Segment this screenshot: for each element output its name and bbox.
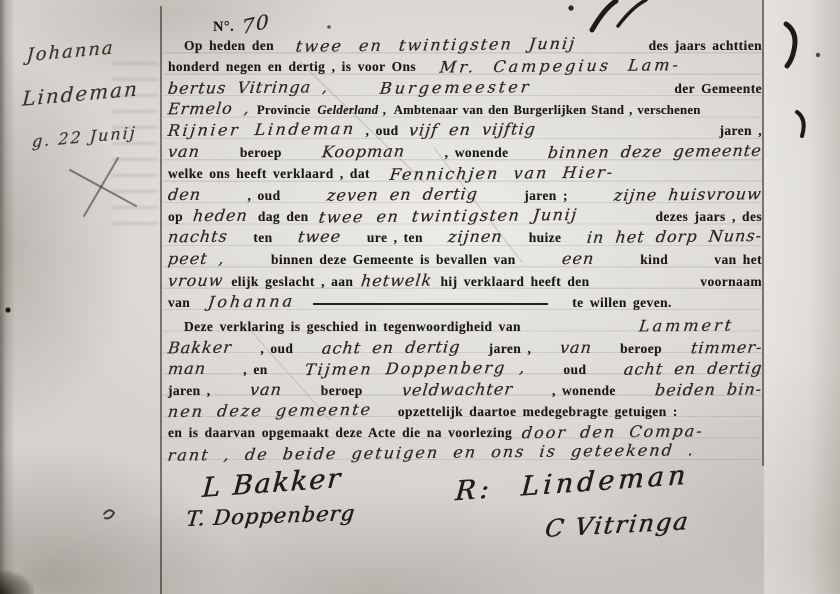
printed-text: , oud [366, 123, 399, 139]
official-name-handwritten: Mr. Campegius Lam- [439, 54, 763, 76]
declarant-name-handwritten: Rijnier Lindeman [167, 119, 357, 140]
printed-text: op [168, 209, 183, 225]
printed-text: elijk geslacht , aan [231, 274, 353, 290]
birth-date-handwritten: twee en twintigsten Junij [317, 204, 646, 226]
witness1-age-handwritten: acht en dertig [321, 337, 462, 357]
printed-text: van het [714, 252, 762, 268]
signature-official: C Vitringa [543, 507, 691, 543]
printed-text: beroep [321, 383, 363, 399]
printed-text: dezes jaars , des [655, 209, 762, 225]
printed-text: ten [253, 230, 272, 246]
birth-record-scan: Johanna Lindeman g. 22 Junij N°. 70 Op h… [0, 0, 840, 594]
printed-text: Op heden den [184, 38, 274, 54]
handwritten-text: van [249, 380, 283, 399]
witness1-name-handwritten: Bakker [167, 338, 233, 358]
printed-text: hij verklaard heeft den [441, 274, 590, 290]
printed-text: beroep [620, 341, 662, 357]
ink-blotch-corner [0, 570, 34, 594]
handwritten-text: een [561, 249, 595, 268]
form-line: man , en Tijmen Doppenberg , oud acht en… [168, 359, 762, 378]
printed-text: , oud [260, 341, 293, 357]
witness1-occupation-handwritten: timmer- [689, 338, 763, 358]
official-name-handwritten: bertus Vitringa , [167, 77, 330, 98]
form-line: honderd negen en dertig , is voor Ons Mr… [168, 56, 762, 75]
margin-child-surname: Lindeman [22, 75, 153, 111]
printed-text: der Gemeente [674, 81, 762, 97]
page-right-margin [764, 0, 840, 594]
form-line: welke ons heeft verklaard , dat Fennichj… [168, 163, 762, 182]
form-line: Deze verklaring is geschied in tegenwoor… [168, 316, 762, 335]
ink-stroke-top-right [618, 0, 646, 26]
act-date-handwritten: twee en twintigsten Junij [295, 33, 640, 56]
printed-text: , oud [247, 188, 280, 204]
witness2-occupation-handwritten: veldwachter [401, 379, 514, 399]
printed-text: oud [563, 362, 586, 378]
witnesses-residence-handwritten: nen deze gemeente [167, 400, 373, 421]
act-number-row: N°. 70 [213, 12, 270, 36]
printed-text: binnen deze Gemeente is bevallen van [271, 252, 516, 268]
signature-declarant: R: Lindeman [454, 460, 690, 508]
birth-place-handwritten: peet , [167, 249, 226, 269]
form-left-rule [160, 6, 162, 594]
witnesses-residence-handwritten: beiden bin- [654, 379, 763, 399]
blank-line-dash [313, 301, 548, 305]
province-name-printed: Gelderland , [317, 103, 386, 118]
printed-text: Ambtenaar van den Burgerlijken Stand , v… [394, 103, 701, 118]
form-line: peet , binnen deze Gemeente is bevallen … [168, 249, 762, 268]
ink-stroke-top-right [592, 1, 616, 30]
form-line: Op heden den twee en twintigsten Junij d… [168, 35, 762, 54]
printed-text: beroep [240, 145, 282, 161]
declarant-age-handwritten: vijf en vijftig [407, 119, 536, 139]
birth-hour-handwritten: twee [297, 227, 342, 246]
form-line: Bakker , oud acht en dertig jaren , van … [168, 338, 762, 357]
printed-text: voornaam [700, 274, 762, 290]
printed-text: van [168, 295, 190, 311]
printed-text: Deze verklaring is geschied in tegenwoor… [184, 319, 521, 335]
form-line: nachts ten twee ure , ten zijnen huize i… [168, 227, 762, 246]
witness2-age-handwritten: acht en dertig [622, 358, 763, 378]
margin-child-first-name: Johanna [26, 34, 149, 66]
municipality-handwritten: Ermelo , [167, 99, 251, 119]
handwritten-text: hetwelk [360, 271, 433, 291]
printed-text: kind [640, 252, 668, 268]
form-line: nen deze gemeente opzettelijk daartoe me… [168, 401, 762, 420]
printed-text: welke ons heeft verklaard , dat [168, 166, 370, 182]
form-line: van Johanna te willen geven. [168, 292, 762, 311]
printed-text: huize [529, 230, 562, 246]
form-line: rant , de beide getuigen en ons is getee… [168, 443, 762, 462]
child-gender-handwritten: vrouw [167, 271, 225, 291]
printed-text: des jaars achttien [649, 38, 762, 54]
form-line: jaren , van beroep veldwachter , wonende… [168, 380, 762, 399]
mother-name-handwritten: Fennichjen van Hier- [389, 161, 764, 184]
printed-text: te willen geven. [572, 295, 672, 311]
margin-index-note: Johanna Lindeman g. 22 Junij [18, 35, 157, 152]
birth-place-handwritten: in het dorp Nuns- [586, 226, 763, 247]
printed-text: dag den [258, 209, 309, 225]
printed-text: jaren , [489, 341, 532, 357]
mother-relation-handwritten: zijne huisvrouw [613, 184, 763, 205]
witness1-name-handwritten: Lammert [638, 316, 735, 336]
printed-text: , wonende [552, 383, 616, 399]
handwritten-text: zijnen [447, 227, 504, 247]
handwritten-text: heden [192, 206, 249, 226]
child-name-handwritten: Johanna [207, 292, 296, 312]
form-line: Ermelo , Provincie Gelderland , Ambtenaa… [168, 99, 762, 118]
printed-text: Provincie [257, 103, 310, 118]
ink-fleck [568, 5, 573, 10]
ink-fleck [327, 25, 331, 29]
handwritten-text: van [167, 142, 201, 161]
declarant-occupation-handwritten: Koopman [321, 142, 406, 162]
form-line: bertus Vitringa , Burgemeester der Gemee… [168, 78, 762, 97]
printed-text: , wonende [445, 145, 509, 161]
witness1-occupation-handwritten: man [167, 359, 207, 378]
act-number-label: N°. [213, 19, 234, 36]
declarant-residence-handwritten: binnen deze gemeente [547, 141, 763, 162]
form-line: van beroep Koopman , wonende binnen deze… [168, 142, 762, 161]
handwritten-text: van [559, 338, 593, 357]
signature-witness2: T. Doppenberg [185, 501, 356, 531]
printed-text: , en [243, 362, 267, 378]
form-line: den , oud zeven en dertig jaren ; zijne … [168, 185, 762, 204]
printed-text: honderd negen en dertig , is voor Ons [168, 59, 416, 75]
printed-text: jaren , [719, 123, 762, 139]
ink-mark-bottom-left [104, 510, 114, 518]
printed-text: opzettelijk daartoe medegebragte getuige… [398, 404, 678, 420]
closing-clause-handwritten: rant , de beide getuigen en ons is getee… [167, 440, 697, 465]
form-right-rule [762, 0, 764, 466]
printed-text: en is daarvan opgemaakt deze Acte die na… [168, 425, 512, 441]
mother-name-handwritten: den [167, 185, 202, 204]
closing-clause-handwritten: door den Compa- [521, 421, 763, 443]
witness2-name-handwritten: Tijmen Doppenberg , [304, 358, 528, 379]
official-title-handwritten: Burgemeester [379, 77, 533, 98]
ink-dot [5, 307, 10, 312]
printed-text: jaren ; [524, 188, 568, 204]
form-line: vrouw elijk geslacht , aan hetwelk hij v… [168, 271, 762, 290]
form-line: en is daarvan opgemaakt deze Acte die na… [168, 422, 762, 441]
signature-witness1: L Bakker [201, 463, 343, 504]
form-line: op heden dag den twee en twintigsten Jun… [168, 206, 762, 225]
birth-time-period-handwritten: nachts [167, 227, 229, 247]
form-line: Rijnier Lindeman , oud vijf en vijftig j… [168, 120, 762, 139]
mother-age-handwritten: zeven en dertig [326, 184, 479, 205]
printed-text: ure , ten [367, 230, 423, 246]
printed-text: jaren , [168, 383, 211, 399]
